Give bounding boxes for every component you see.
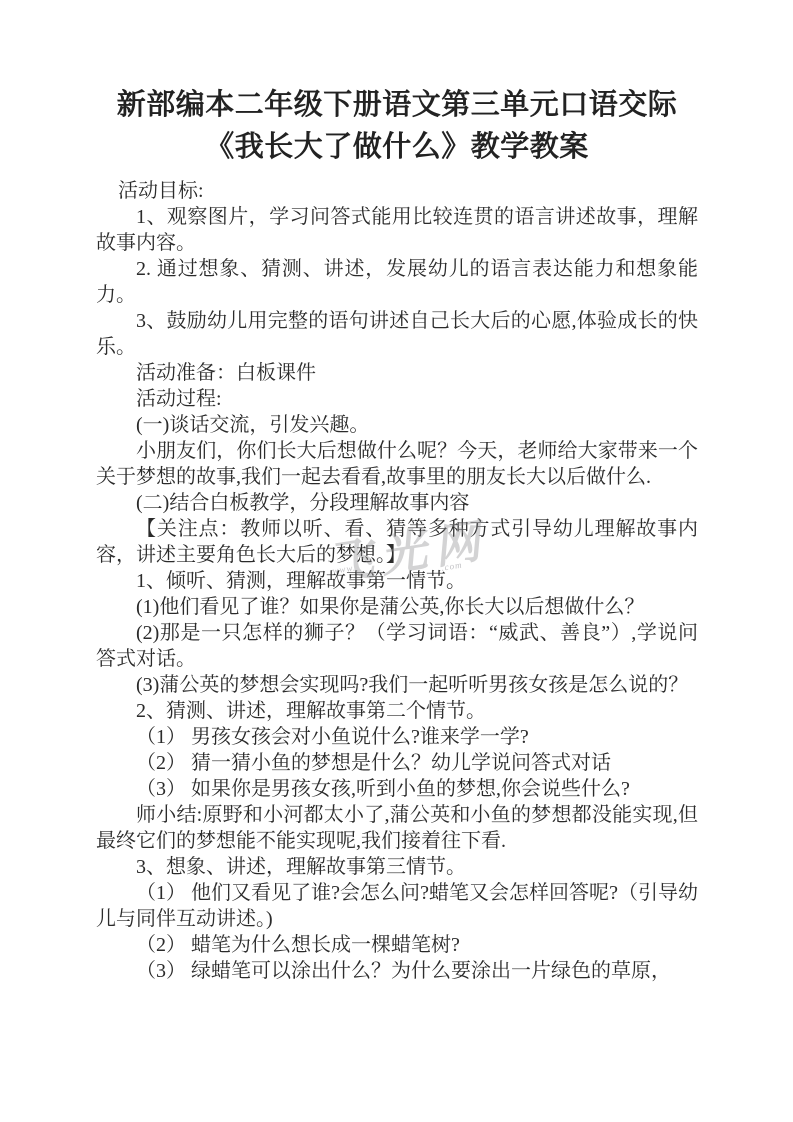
paragraph: （2） 猜一猜小鱼的梦想是什么？幼儿学说问答式对话 (96, 750, 698, 776)
paragraph: (二)结合白板教学，分段理解故事内容 (96, 490, 698, 516)
paragraph: 活动过程: (96, 386, 698, 412)
paragraph: （3） 绿蜡笔可以涂出什么？为什么要涂出一片绿色的草原， (96, 958, 698, 984)
paragraph: 活动准备：白板课件 (96, 360, 698, 386)
document-content: 新部编本二年级下册语文第三单元口语交际《我长大了做什么》教学教案 活动目标:1、… (96, 84, 698, 984)
paragraph: 小朋友们，你们长大后想做什么呢？今天，老师给大家带来一个关于梦想的故事,我们一起… (96, 438, 698, 490)
document-page: 新部编本二年级下册语文第三单元口语交际《我长大了做什么》教学教案 活动目标:1、… (0, 0, 793, 1122)
paragraph: (一)谈话交流，引发兴趣。 (96, 412, 698, 438)
paragraph: 2、猜测、讲述，理解故事第二个情节。 (96, 698, 698, 724)
paragraph: (2)那是一只怎样的狮子？（学习词语：“威武、善良”）,学说问答式对话。 (96, 620, 698, 672)
paragraph: (3)蒲公英的梦想会实现吗?我们一起听听男孩女孩是怎么说的？ (96, 672, 698, 698)
paragraph: 2. 通过想象、猜测、讲述，发展幼儿的语言表达能力和想象能力。 (96, 256, 698, 308)
paragraph: 活动目标: (96, 178, 698, 204)
paragraph: (1)他们看见了谁？如果你是蒲公英,你长大以后想做什么？ (96, 594, 698, 620)
paragraph: 【关注点：教师以听、看、猜等多种方式引导幼儿理解故事内容，讲述主要角色长大后的梦… (96, 516, 698, 568)
paragraph: 3、想象、讲述，理解故事第三情节。 (96, 854, 698, 880)
paragraph: 1、倾听、猜测，理解故事第一情节。 (96, 568, 698, 594)
paragraph: （3） 如果你是男孩女孩,听到小鱼的梦想,你会说些什么? (96, 776, 698, 802)
paragraph: 3、鼓励幼儿用完整的语句讲述自己长大后的心愿,体验成长的快乐。 (96, 308, 698, 360)
paragraph: （1） 男孩女孩会对小鱼说什么?谁来学一学? (96, 724, 698, 750)
paragraph: 1、观察图片，学习问答式能用比较连贯的语言讲述故事，理解故事内容。 (96, 204, 698, 256)
paragraph: 师小结:原野和小河都太小了,蒲公英和小鱼的梦想都没能实现,但最终它们的梦想能不能… (96, 802, 698, 854)
document-body: 活动目标:1、观察图片，学习问答式能用比较连贯的语言讲述故事，理解故事内容。2.… (96, 178, 698, 984)
document-title: 新部编本二年级下册语文第三单元口语交际《我长大了做什么》教学教案 (96, 84, 698, 168)
paragraph: （1） 他们又看见了谁?会怎么问?蜡笔又会怎样回答呢?（引导幼儿与同伴互动讲述。… (96, 880, 698, 932)
paragraph: （2） 蜡笔为什么想长成一棵蜡笔树? (96, 932, 698, 958)
